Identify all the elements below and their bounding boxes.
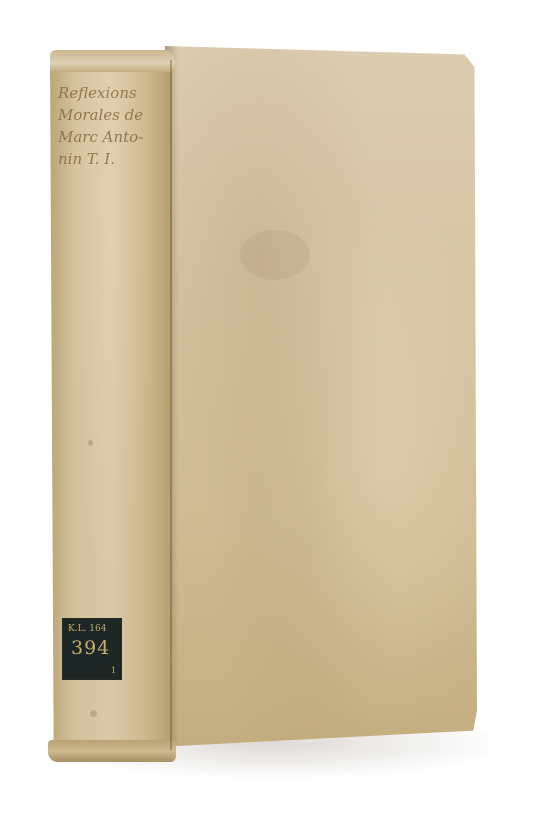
spine-tail [48, 740, 176, 762]
label-bottom-text: 1 [111, 666, 116, 675]
spine-title-line: Marc Anto- [58, 126, 163, 148]
spine-title-line: Morales de [58, 104, 163, 126]
stain-patch [240, 230, 310, 280]
spine-title-line: Reflexions [58, 82, 163, 104]
label-number: 394 [71, 637, 110, 659]
book-photo: Reflexions Morales de Marc Anto- nin T. … [0, 0, 533, 819]
label-top-text: K.L. 164 [68, 624, 106, 634]
joint-crease [170, 60, 172, 750]
spine-headcap [50, 50, 175, 72]
shelf-label: K.L. 164 394 1 [62, 618, 122, 680]
front-cover [165, 46, 477, 746]
spine-manuscript-title: Reflexions Morales de Marc Anto- nin T. … [58, 82, 163, 170]
stain-spot [90, 710, 97, 717]
stain-spot [88, 440, 93, 446]
spine-title-line: nin T. I. [58, 148, 163, 170]
